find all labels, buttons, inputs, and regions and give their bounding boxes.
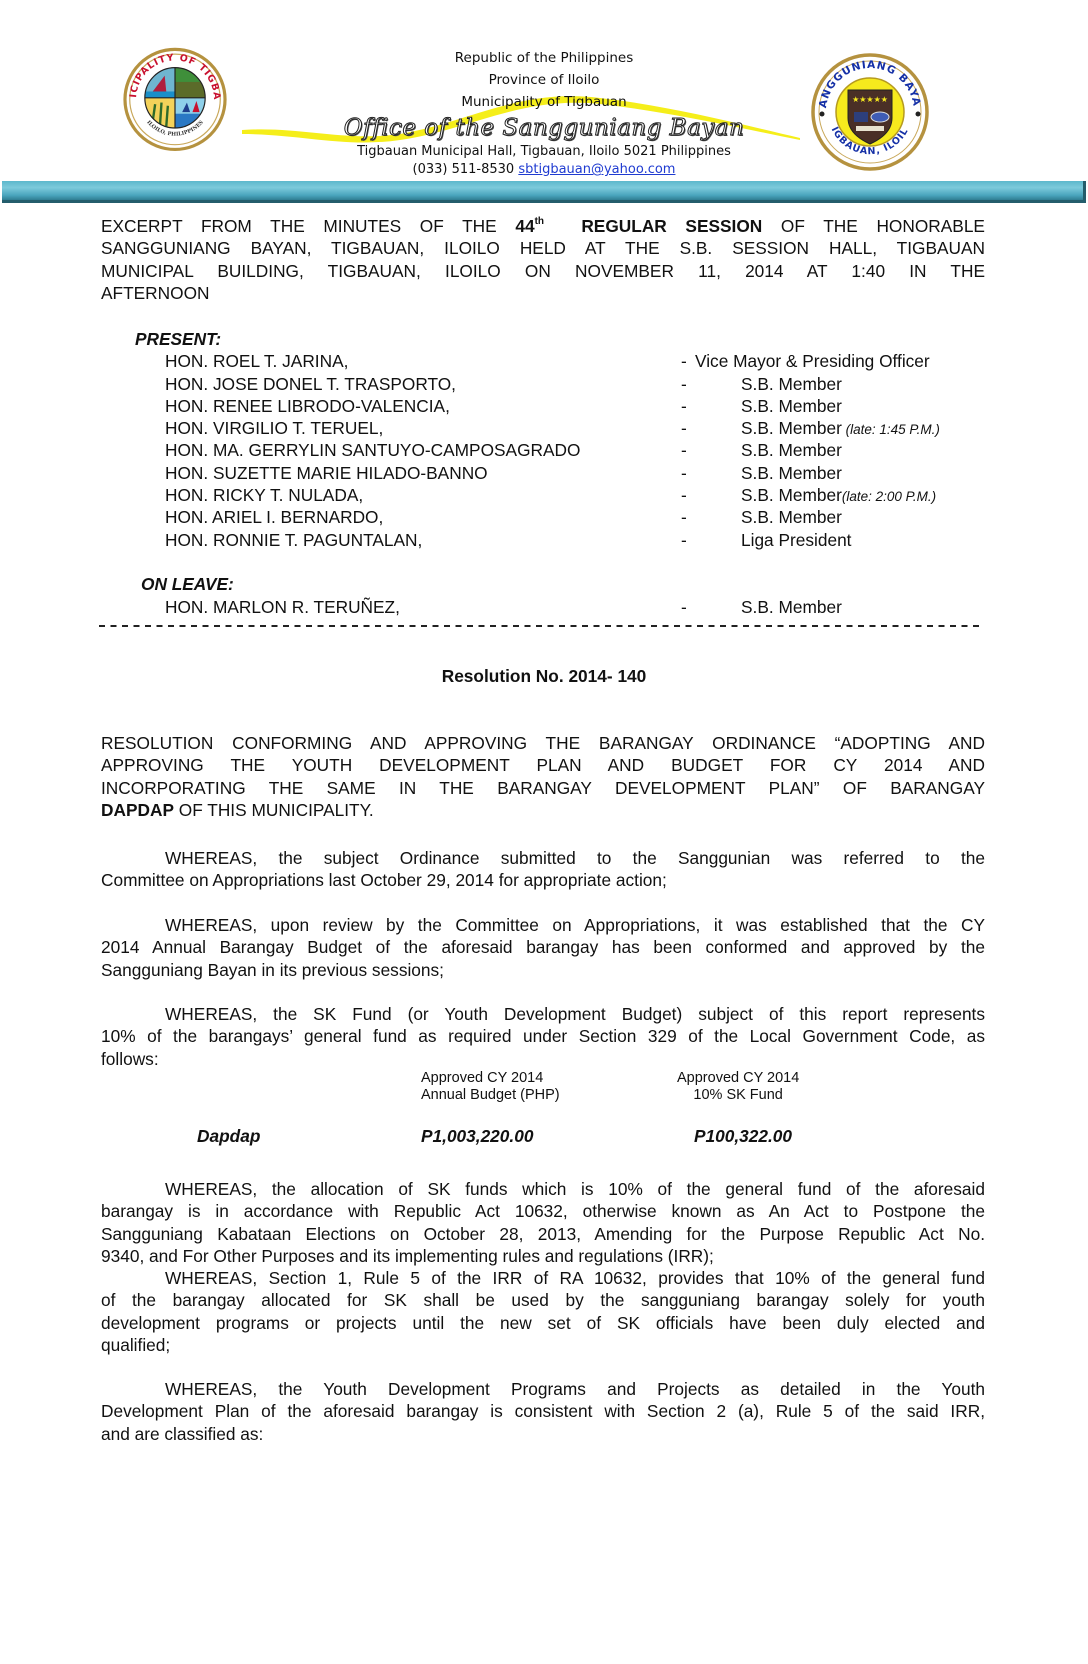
attendee-row: HON. ARIEL I. BERNARDO,-S.B. Member (101, 506, 981, 528)
barangay-name: DAPDAP (101, 800, 174, 820)
email-link[interactable]: sbtigbauan@yahoo.com (518, 162, 675, 177)
attendee-row: HON. VIRGILIO T. TERUEL,-S.B. Member (la… (101, 417, 981, 439)
attendee-name: HON. VIRGILIO T. TERUEL, (165, 417, 383, 439)
attendee-row: HON. MARLON R. TERUÑEZ,-S.B. Member (101, 596, 981, 618)
attendee-dash: - (681, 350, 687, 372)
address-line: Tigbauan Municipal Hall, Tigbauan, Iloil… (300, 143, 788, 161)
header-divider-bar (2, 181, 1086, 203)
attendee-role: Vice Mayor & Presiding Officer (695, 350, 930, 374)
sk-fund-header: Approved CY 2014 10% SK Fund (677, 1070, 799, 1104)
attendee-dash: - (681, 462, 687, 484)
attendee-role: S.B. Member (741, 462, 842, 486)
whereas-5: WHEREAS, Section 1, Rule 5 of the IRR of… (101, 1267, 985, 1356)
whereas-2: WHEREAS, upon review by the Committee on… (101, 914, 985, 981)
attendee-name: HON. RONNIE T. PAGUNTALAN, (165, 529, 422, 551)
attendee-dash: - (681, 395, 687, 417)
attendee-name: HON. MA. GERRYLIN SANTUYO-CAMPOSAGRADO (165, 439, 580, 461)
whereas-6: WHEREAS, the Youth Development Programs … (101, 1378, 985, 1445)
whereas-1: WHEREAS, the subject Ordinance submitted… (101, 847, 985, 892)
attendee-row: HON. RONNIE T. PAGUNTALAN,-Liga Presiden… (101, 529, 981, 551)
sangguniang-bayan-seal-icon: SANGGUNIANG BAYAN TIGBAUAN, ILOILO ★★★★★ (802, 52, 938, 172)
attendee-row: HON. JOSE DONEL T. TRASPORTO,-S.B. Membe… (101, 373, 981, 395)
attendee-role: Liga President (741, 529, 851, 553)
attendance-section: PRESENT: HON. ROEL T. JARINA,-Vice Mayor… (101, 328, 981, 618)
attendee-dash: - (681, 484, 687, 506)
dashed-separator (99, 625, 981, 627)
sk-fund-cell: P100,322.00 (694, 1128, 792, 1145)
attendee-dash: - (681, 506, 687, 528)
excerpt-line-2: SANGGUNIANG BAYAN, TIGBAUAN, ILOILO HELD… (101, 237, 985, 259)
attendee-name: HON. RENEE LIBRODO-VALENCIA, (165, 395, 450, 417)
phone-number: (033) 511-8530 (413, 162, 515, 177)
municipality-line: Municipality of Tigbauan (300, 91, 788, 113)
attendee-row: HON. RENEE LIBRODO-VALENCIA,-S.B. Member (101, 395, 981, 417)
excerpt-line-4: AFTERNOON (101, 282, 985, 304)
excerpt-line-1: EXCERPT FROM THE MINUTES OF THE 44th REG… (101, 215, 985, 237)
attendee-dash: - (681, 373, 687, 395)
attendee-role: S.B. Member (late: 1:45 P.M.) (741, 417, 940, 441)
resolution-title-line: RESOLUTION CONFORMING AND APPROVING THE … (101, 732, 985, 754)
on-leave-heading: ON LEAVE: (141, 573, 981, 595)
attendee-row: HON. SUZETTE MARIE HILADO-BANNO-S.B. Mem… (101, 462, 981, 484)
province-line: Province of Iloilo (300, 69, 788, 91)
attendee-name: HON. RICKY T. NULADA, (165, 484, 363, 506)
attendee-name: HON. ARIEL I. BERNARDO, (165, 506, 383, 528)
attendee-row: HON. ROEL T. JARINA,-Vice Mayor & Presid… (101, 350, 981, 372)
present-list: HON. ROEL T. JARINA,-Vice Mayor & Presid… (101, 350, 981, 551)
excerpt-paragraph: EXCERPT FROM THE MINUTES OF THE 44th REG… (101, 215, 985, 304)
resolution-title: RESOLUTION CONFORMING AND APPROVING THE … (101, 732, 985, 821)
late-note: (late: 2:00 P.M.) (842, 489, 936, 504)
attendee-role: S.B. Member (741, 395, 842, 419)
attendee-role: S.B. Member (741, 506, 842, 530)
letterhead-text: Republic of the Philippines Province of … (300, 47, 788, 179)
attendee-row: HON. MA. GERRYLIN SANTUYO-CAMPOSAGRADO-S… (101, 439, 981, 461)
excerpt-line-3: MUNICIPAL BUILDING, TIGBAUAN, ILOILO ON … (101, 260, 985, 282)
barangay-cell: Dapdap (197, 1128, 260, 1145)
resolution-number: Resolution No. 2014- 140 (0, 666, 1088, 687)
resolution-title-line: APPROVING THE YOUTH DEVELOPMENT PLAN AND… (101, 754, 985, 776)
late-note: (late: 1:45 P.M.) (842, 422, 940, 437)
attendee-name: HON. MARLON R. TERUÑEZ, (165, 596, 400, 618)
attendee-dash: - (681, 439, 687, 461)
annual-budget-cell: P1,003,220.00 (421, 1128, 533, 1145)
on-leave-list: HON. MARLON R. TERUÑEZ,-S.B. Member (101, 596, 981, 618)
attendee-name: HON. SUZETTE MARIE HILADO-BANNO (165, 462, 488, 484)
municipality-of-tigbauan-seal-icon: MUNICIPALITY OF TIGBAUAN ILOILO, PHILIPP… (102, 47, 248, 155)
resolution-title-line: DAPDAP OF THIS MUNICIPALITY. (101, 799, 985, 821)
attendee-role: S.B. Member (741, 596, 842, 620)
session-label: REGULAR SESSION (581, 216, 762, 236)
attendee-name: HON. ROEL T. JARINA, (165, 350, 348, 372)
attendee-role: S.B. Member (741, 373, 842, 397)
annual-budget-header: Approved CY 2014 Annual Budget (PHP) (421, 1070, 560, 1104)
attendee-role: S.B. Member(late: 2:00 P.M.) (741, 484, 936, 508)
attendee-dash: - (681, 529, 687, 551)
resolution-title-line: INCORPORATING THE SAME IN THE BARANGAY D… (101, 777, 985, 799)
contact-line: (033) 511-8530 sbtigbauan@yahoo.com (300, 161, 788, 179)
attendee-dash: - (681, 417, 687, 439)
attendee-dash: - (681, 596, 687, 618)
session-number: 44th (515, 216, 544, 236)
attendee-name: HON. JOSE DONEL T. TRASPORTO, (165, 373, 456, 395)
whereas-3: WHEREAS, the SK Fund (or Youth Developme… (101, 1003, 985, 1070)
svg-text:★★★★★: ★★★★★ (852, 95, 888, 104)
republic-line: Republic of the Philippines (300, 47, 788, 69)
whereas-4: WHEREAS, the allocation of SK funds whic… (101, 1178, 985, 1267)
letterhead: MUNICIPALITY OF TIGBAUAN ILOILO, PHILIPP… (0, 0, 1088, 212)
attendee-row: HON. RICKY T. NULADA,-S.B. Member(late: … (101, 484, 981, 506)
office-title: Office of the Sangguniang Bayan (300, 113, 788, 143)
attendee-role: S.B. Member (741, 439, 842, 463)
present-heading: PRESENT: (135, 328, 981, 350)
